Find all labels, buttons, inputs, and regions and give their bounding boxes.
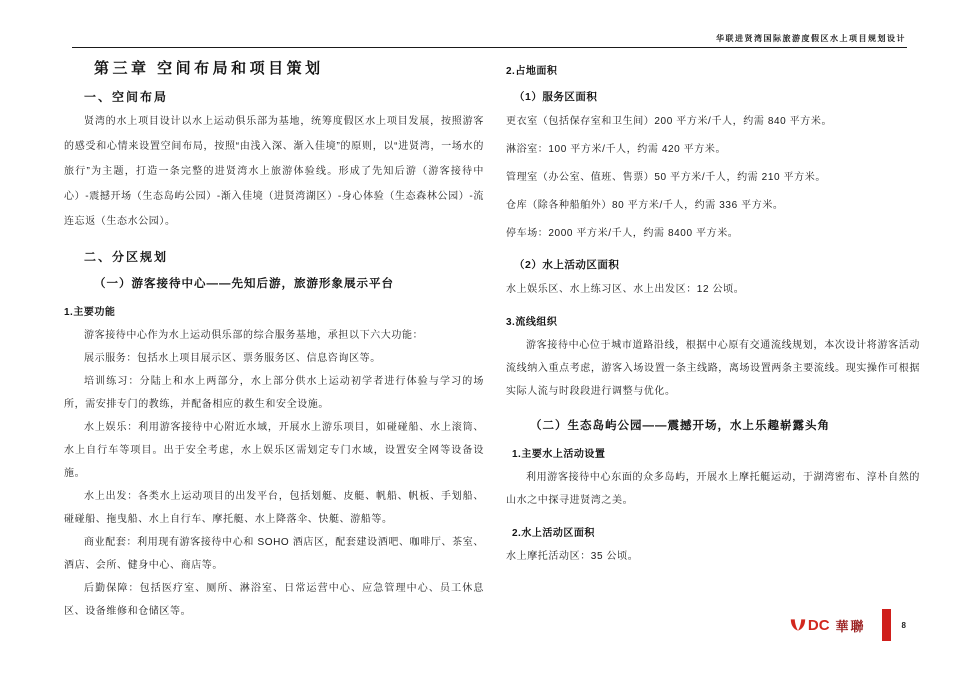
header-rule [72,47,907,48]
heading-main-functions: 1.主要功能 [64,303,484,318]
paragraph-commercial: 商业配套：利用现有游客接待中心和 SOHO 酒店区，配套建设酒吧、咖啡厅、茶室、… [64,531,484,577]
footer-red-bar [882,609,891,641]
section-heading-island-park: （二）生态岛屿公园——震撼开场，水上乐趣崭露头角 [530,417,920,433]
paragraph-shower-room: 淋浴室：100 平方米/千人，约需 420 平方米。 [506,138,920,161]
logo-latin-text: DC [808,617,830,634]
heading-flow-organization: 3.流线组织 [506,313,920,328]
paragraph-flow: 游客接待中心位于城市道路沿线，根据中心原有交通流线规划，本次设计将游客活动流线纳… [506,334,920,403]
paragraph-logistics: 后勤保障：包括医疗室、厕所、淋浴室、日常运营中心、应急管理中心、员工休息区、设备… [64,577,484,623]
paragraph-training: 培训练习：分陆上和水上两部分，水上部分供水上运动初学者进行体验与学习的场所，需安… [64,370,484,416]
heading-land-area: 2.占地面积 [506,62,920,77]
tulip-mark-icon [790,618,806,632]
section-heading-spatial-layout: 一、空间布局 [84,88,484,105]
paragraph-parking: 停车场：2000 平方米/千人，约需 8400 平方米。 [506,222,920,245]
paragraph-water-departure: 水上出发：各类水上运动项目的出发平台，包括划艇、皮艇、帆船、帆板、手划船、碰碰船… [64,485,484,531]
section-heading-visitor-center: （一）游客接待中心——先知后游，旅游形象展示平台 [94,275,484,291]
heading-service-area: （1）服务区面积 [514,89,920,104]
section-heading-zoning: 二、分区规划 [84,248,484,265]
footer: DC 華聯 8 [790,608,906,642]
heading-island-activity-area: 2.水上活动区面积 [512,524,920,539]
heading-main-water-activities: 1.主要水上活动设置 [512,445,920,460]
paragraph-intro: 贤湾的水上项目设计以水上运动俱乐部为基地，统筹度假区水上项目发展，按照游客的感受… [64,109,484,234]
page-number: 8 [902,621,906,630]
paragraph-water-zones: 水上娱乐区、水上练习区、水上出发区：12 公顷。 [506,278,920,301]
paragraph-water-entertainment: 水上娱乐：利用游客接待中心附近水域，开展水上游乐项目，如碰碰船、水上滚筒、水上自… [64,416,484,485]
left-column: 第三章 空间布局和项目策划 一、空间布局 贤湾的水上项目设计以水上运动俱乐部为基… [64,58,484,623]
paragraph-warehouse: 仓库（除各种船舶外）80 平方米/千人，约需 336 平方米。 [506,194,920,217]
heading-water-activity-area: （2）水上活动区面积 [514,257,920,272]
header-title: 华联进贤湾国际旅游度假区水上项目规划设计 [716,33,906,44]
paragraph-management-room: 管理室（办公室、值班、售票）50 平方米/千人，约需 210 平方米。 [506,166,920,189]
paragraph-motorboat-area: 水上摩托活动区：35 公顷。 [506,545,920,568]
document-page: 华联进贤湾国际旅游度假区水上项目规划设计 第三章 空间布局和项目策划 一、空间布… [0,0,960,679]
paragraph-functions-intro: 游客接待中心作为水上运动俱乐部的综合服务基地，承担以下六大功能： [64,324,484,347]
company-logo: DC 華聯 [790,616,866,635]
paragraph-changing-room: 更衣室（包括保存室和卫生间）200 平方米/千人，约需 840 平方米。 [506,110,920,133]
right-column: 2.占地面积 （1）服务区面积 更衣室（包括保存室和卫生间）200 平方米/千人… [506,50,920,568]
paragraph-island-activities: 利用游客接待中心东面的众多岛屿，开展水上摩托艇运动，于湖湾密布、淳朴自然的山水之… [506,466,920,512]
paragraph-display-service: 展示服务：包括水上项目展示区、票务服务区、信息咨询区等。 [64,347,484,370]
logo-chinese-text: 華聯 [836,616,866,635]
chapter-title: 第三章 空间布局和项目策划 [94,58,349,80]
